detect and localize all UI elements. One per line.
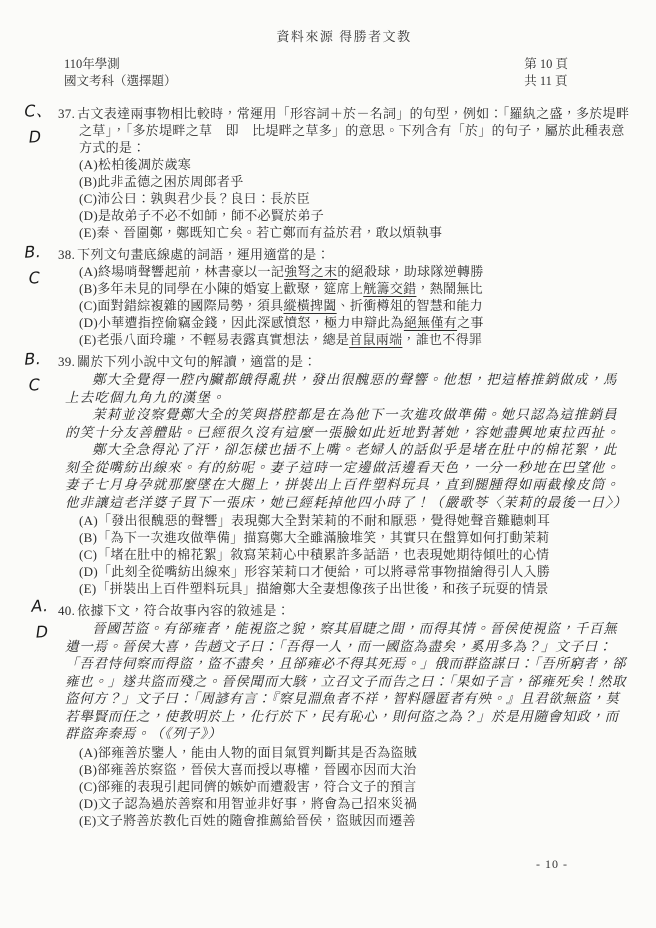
exam-year: 110年學測 [64,56,177,73]
passage-paragraph: 鄭大全急得沁了汗，卻怎樣也插不上嘴。老婦人的話似乎是堵在肚中的棉花絮，此刻全從嘴… [65,441,630,511]
option-b: (B)多年未見的同學在小陳的婚宴上歡聚，筵席上觥籌交錯，熱鬧無比 [58,280,630,297]
question-number: 37. [58,106,75,121]
option-c: (C)面對錯綜複雜的國際局勢，須具縱橫捭闔、折衝樽俎的智慧和能力 [58,297,630,314]
handwritten-answer-38: B. C [24,238,57,291]
option-c: (C)郤雍的表現引起同儕的嫉妒而遭殺害，符合文子的預言 [58,778,630,795]
question-stem: 40.依據下文，符合故事內容的敘述是： [58,602,630,619]
question-38: B. C 38.下列文句畫底線處的詞語，運用適當的是： (A)終場哨聲響起前，林… [58,246,630,348]
option-b: (B)此非孟德之困於周郎者乎 [58,173,630,190]
passage-paragraph: 茉莉並沒察覺鄭大全的笑與搭腔都是在為他下一次進攻做準備。她只認為這推銷員的笑十分… [65,406,630,441]
page-info: 第 10 頁 共 11 頁 [524,56,568,90]
option-d: (D)小華遭指控偷竊金錢，因此深感憤怒，極力申辯此為絕無僅有之事 [58,314,630,331]
question-39: B. C 39.關於下列小說中文句的解讀，適當的是： 鄭大全覺得一腔內臟都餓得亂… [58,353,630,597]
underlined-phrase: 縱橫捭闔 [283,298,336,313]
option-a: (A)松柏後凋於歲寒 [58,156,630,173]
option-d: (D)文子認為過於善察和用智並非好事，將會為己招來災禍 [58,795,630,812]
question-37: C、 D 37.古文表達兩事物相比較時，常運用「形容詞＋於－名詞」的句型，例如：… [58,105,630,241]
handwritten-answer-37: C、 D [24,97,57,150]
option-a: (A)郤雍善於鑒人，能由人物的面目氣質判斷其是否為盜賊 [58,744,630,761]
handwritten-answer-40: A. D [31,592,64,645]
option-e: (E)秦、晉圍鄭，鄭既知亡矣。若亡鄭而有益於君，敢以煩執事 [58,224,630,241]
stem-text: 古文表達兩事物相比較時，常運用「形容詞＋於－名詞」的句型，例如：「羅紈之盛，多於… [77,106,629,155]
question-stem: 39.關於下列小說中文句的解讀，適當的是： [58,353,630,370]
option-e: (E)老張八面玲瓏，不輕易表露真實想法，總是首鼠兩端，誰也不得罪 [58,331,630,348]
stem-text: 關於下列小說中文句的解讀，適當的是： [77,354,316,369]
underlined-phrase: 絕無僅有 [404,315,457,330]
stem-text: 下列文句畫底線處的詞語，運用適當的是： [77,247,330,262]
question-stem: 38.下列文句畫底線處的詞語，運用適當的是： [58,246,630,263]
passage-paragraph: 鄭大全覺得一腔內臟都餓得亂拱，發出很醜惡的聲響。他想，把這樁推銷做成，馬上去吃個… [65,371,630,406]
handwritten-answer-39: B. C [24,345,57,398]
exam-page: 資料來源 得勝者文教 110年學測 國文考科（選擇題） 第 10 頁 共 11 … [0,0,656,928]
source-attribution: 資料來源 得勝者文教 [58,26,630,45]
option-e: (E)「拼裝出上百件塑料玩具」描繪鄭大全妻想像孩子出世後，和孩子玩耍的情景 [58,580,630,597]
question-stem: 37.古文表達兩事物相比較時，常運用「形容詞＋於－名詞」的句型，例如：「羅紈之盛… [58,105,630,156]
reading-passage: 晉國苦盜。有郤雍者，能視盜之貌，察其眉睫之間，而得其情。晉侯使視盜，千百無遺一焉… [65,620,630,743]
option-c: (C)沛公曰：孰與君少長？良曰：長於臣 [58,190,630,207]
reading-passage: 鄭大全覺得一腔內臟都餓得亂拱，發出很醜惡的聲響。他想，把這樁推銷做成，馬上去吃個… [65,371,630,511]
option-a: (A)終場哨聲響起前，林書豪以一記強弩之末的絕殺球，助球隊逆轉勝 [58,263,630,280]
question-40: A. D 40.依據下文，符合故事內容的敘述是： 晉國苦盜。有郤雍者，能視盜之貌… [58,602,630,829]
page-header: 110年學測 國文考科（選擇題） 第 10 頁 共 11 頁 [64,56,568,90]
underlined-phrase: 強弩之末 [284,264,337,279]
page-number: 第 10 頁 [524,56,568,73]
option-d: (D)「此刻全從嘴紡出線來」形容茉莉口才便給，可以將尋常事物描繪得引人入勝 [58,563,630,580]
underlined-phrase: 首鼠兩端 [349,332,402,347]
passage-paragraph: 晉國苦盜。有郤雍者，能視盜之貌，察其眉睫之間，而得其情。晉侯使視盜，千百無遺一焉… [65,620,630,743]
option-e: (E)文子將善於教化百姓的隨會推薦給晉侯，盜賊因而遷善 [58,812,630,829]
stem-text: 依據下文，符合故事內容的敘述是： [77,603,290,618]
option-c: (C)「堵在肚中的棉花絮」敘寫茉莉心中積累許多話語，也表現她期待傾吐的心情 [58,546,630,563]
exam-info: 110年學測 國文考科（選擇題） [64,56,177,90]
page-footer: - 10 - [536,857,568,872]
exam-subject: 國文考科（選擇題） [64,73,177,90]
option-d: (D)是故弟子不必不如師，師不必賢於弟子 [58,207,630,224]
option-a: (A)「發出很醜惡的聲響」表現鄭大全對茉莉的不耐和厭惡，覺得她聲音難聽刺耳 [58,512,630,529]
question-number: 39. [58,354,75,369]
option-b: (B)「為下一次進攻做準備」描寫鄭大全雖滿臉堆笑，其實只在盤算如何打動茉莉 [58,529,630,546]
option-b: (B)郤雍善於察盜，晉侯大喜而授以專權，晉國亦因而大治 [58,761,630,778]
underlined-phrase: 觥籌交錯 [363,281,416,296]
page-count: 共 11 頁 [524,73,568,90]
question-number: 38. [58,247,75,262]
